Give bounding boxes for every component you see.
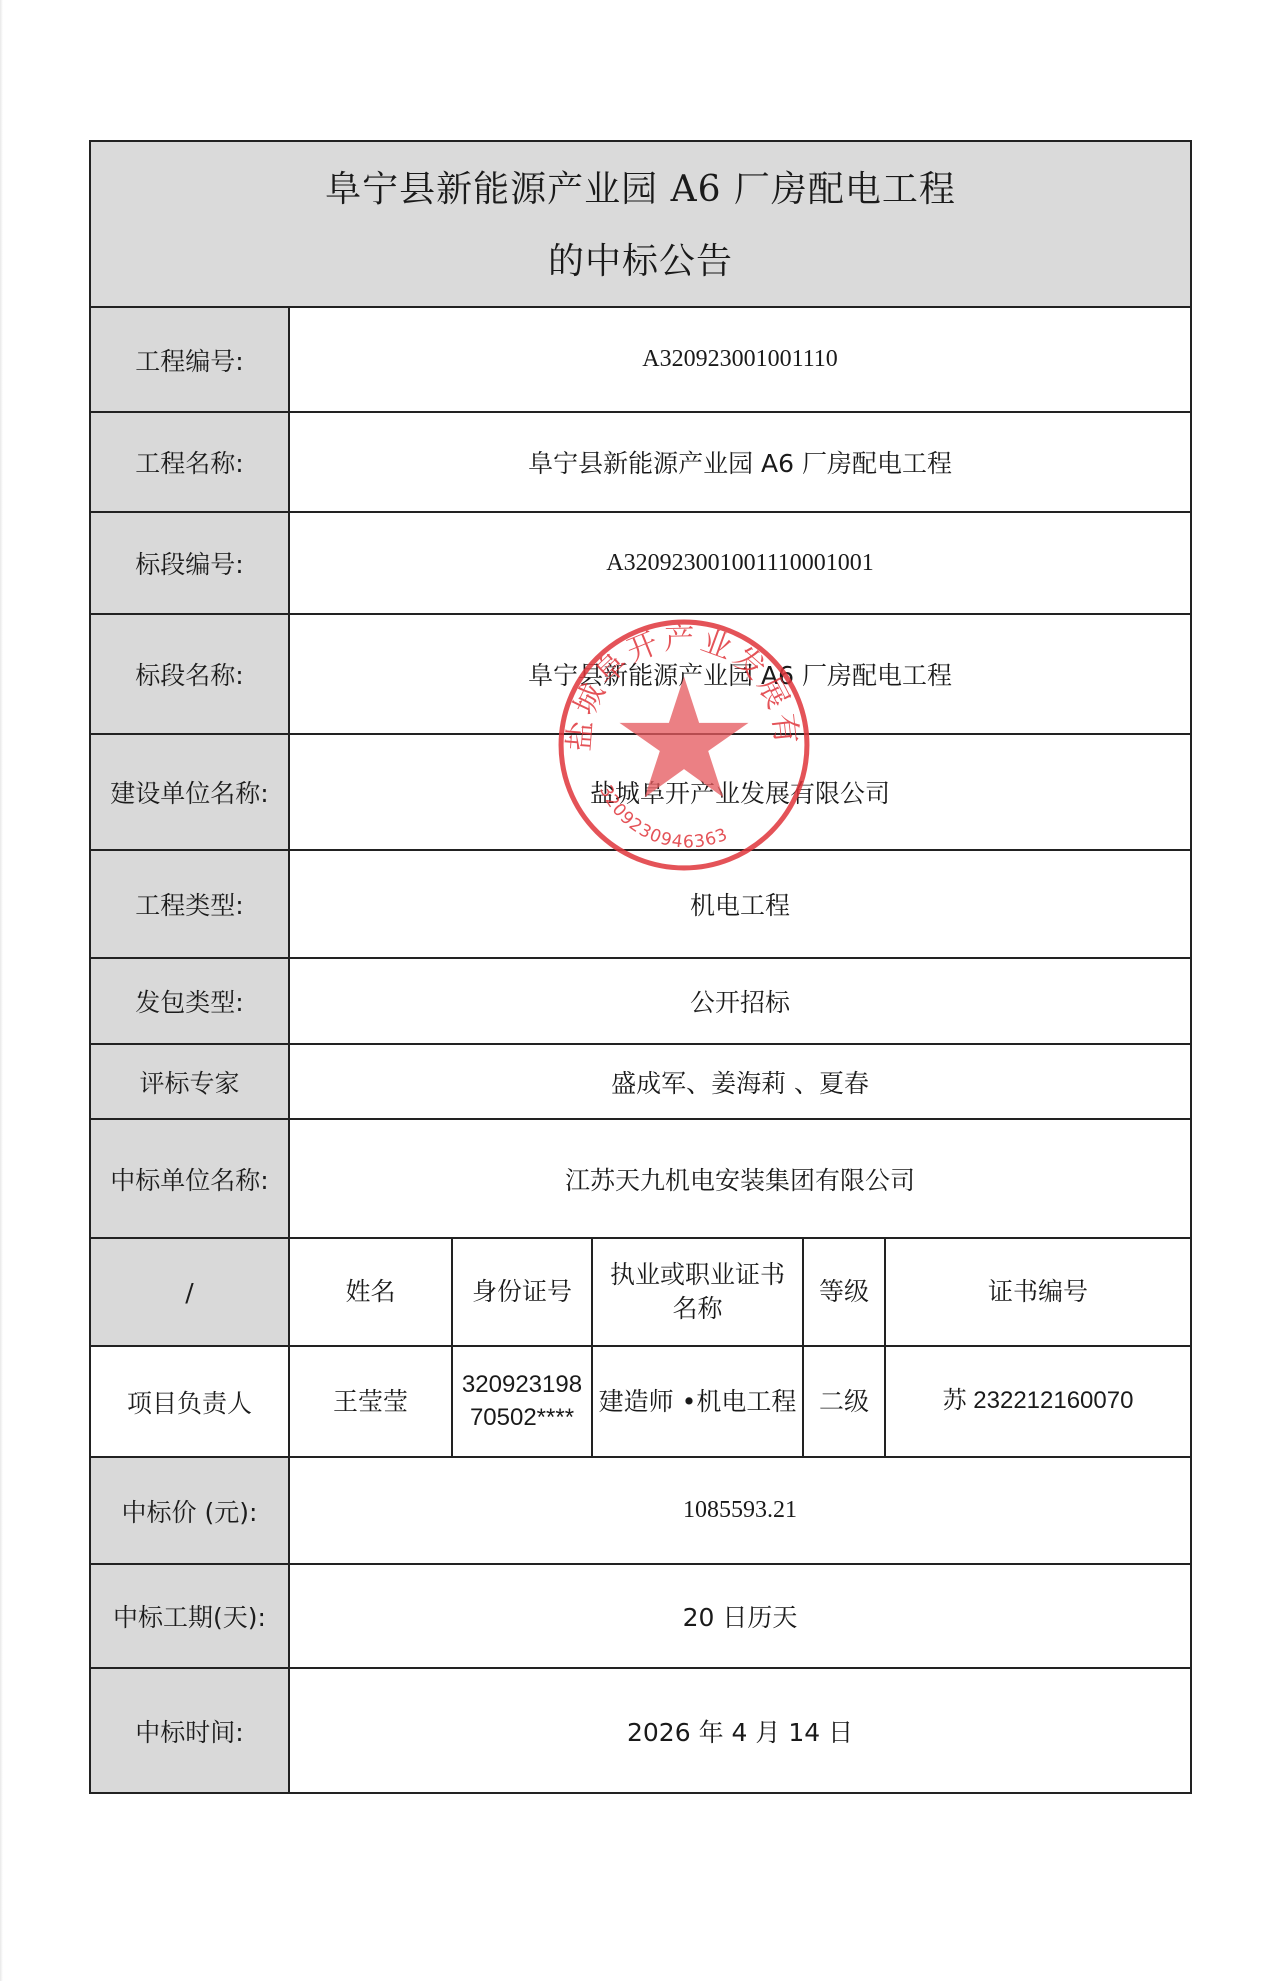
label-bid-price: 中标价 (元): [90,1457,289,1564]
personnel-header-certificate-line2: 名称 [593,1292,802,1326]
personnel-header-id: 身份证号 [452,1238,592,1346]
value-evaluation-experts: 盛成军、姜海莉 、夏春 [289,1044,1191,1119]
personnel-header-role: / [90,1238,289,1346]
personnel-header-certificate-line1: 执业或职业证书 [593,1258,802,1292]
value-project-name: 阜宁县新能源产业园 A6 厂房配电工程 [289,412,1191,512]
personnel-header-grade: 等级 [803,1238,885,1346]
personnel-id-line1: 320923198 [453,1369,591,1401]
personnel-id-line2: 70502**** [453,1402,591,1434]
label-winning-company: 中标单位名称: [90,1119,289,1238]
page-edge [0,0,3,1981]
row-project-code: 工程编号: A320923001001110 [90,307,1191,412]
personnel-header-certificate: 执业或职业证书 名称 [592,1238,803,1346]
label-project-type: 工程类型: [90,850,289,958]
row-evaluation-experts: 评标专家 盛成军、姜海莉 、夏春 [90,1044,1191,1119]
label-project-code: 工程编号: [90,307,289,412]
document-subtitle: 的中标公告 [91,244,1190,280]
label-evaluation-experts: 评标专家 [90,1044,289,1119]
value-section-code: A320923001001110001001 [289,512,1191,614]
value-project-code: A320923001001110 [289,307,1191,412]
personnel-header-name: 姓名 [289,1238,452,1346]
row-section-name: 标段名称: 阜宁县新能源产业园 A6 厂房配电工程 [90,614,1191,734]
document-title: 阜宁县新能源产业园 A6 厂房配电工程 [91,172,1190,208]
label-section-code: 标段编号: [90,512,289,614]
label-contract-type: 发包类型: [90,958,289,1044]
personnel-certificate: 建造师 •机电工程 [592,1346,803,1457]
personnel-cert-no: 苏 232212160070 [885,1346,1191,1457]
value-award-date: 2026 年 4 月 14 日 [289,1668,1191,1793]
label-developer: 建设单位名称: [90,734,289,850]
row-award-date: 中标时间: 2026 年 4 月 14 日 [90,1668,1191,1793]
value-project-type: 机电工程 [289,850,1191,958]
value-contract-type: 公开招标 [289,958,1191,1044]
personnel-header-cert-no: 证书编号 [885,1238,1191,1346]
value-section-name: 阜宁县新能源产业园 A6 厂房配电工程 [289,614,1191,734]
personnel-name: 王莹莹 [289,1346,452,1457]
row-project-name: 工程名称: 阜宁县新能源产业园 A6 厂房配电工程 [90,412,1191,512]
label-project-name: 工程名称: [90,412,289,512]
row-project-type: 工程类型: 机电工程 [90,850,1191,958]
title-row: 阜宁县新能源产业园 A6 厂房配电工程 的中标公告 [90,141,1191,307]
bid-award-notice-table: 阜宁县新能源产业园 A6 厂房配电工程 的中标公告 工程编号: A3209230… [89,140,1192,1794]
personnel-id-number: 320923198 70502**** [452,1346,592,1457]
value-duration: 20 日历天 [289,1564,1191,1668]
personnel-role: 项目负责人 [90,1346,289,1457]
row-section-code: 标段编号: A320923001001110001001 [90,512,1191,614]
row-contract-type: 发包类型: 公开招标 [90,958,1191,1044]
row-developer: 建设单位名称: 盐城阜开产业发展有限公司 [90,734,1191,850]
label-duration: 中标工期(天): [90,1564,289,1668]
label-award-date: 中标时间: [90,1668,289,1793]
personnel-grade: 二级 [803,1346,885,1457]
row-winning-company: 中标单位名称: 江苏天九机电安装集团有限公司 [90,1119,1191,1238]
value-developer: 盐城阜开产业发展有限公司 [289,734,1191,850]
label-section-name: 标段名称: [90,614,289,734]
value-bid-price: 1085593.21 [289,1457,1191,1564]
personnel-header-row: / 姓名 身份证号 执业或职业证书 名称 等级 证书编号 [90,1238,1191,1346]
title-cell: 阜宁县新能源产业园 A6 厂房配电工程 的中标公告 [90,141,1191,307]
row-bid-price: 中标价 (元): 1085593.21 [90,1457,1191,1564]
personnel-row: 项目负责人 王莹莹 320923198 70502**** 建造师 •机电工程 … [90,1346,1191,1457]
value-winning-company: 江苏天九机电安装集团有限公司 [289,1119,1191,1238]
row-duration: 中标工期(天): 20 日历天 [90,1564,1191,1668]
